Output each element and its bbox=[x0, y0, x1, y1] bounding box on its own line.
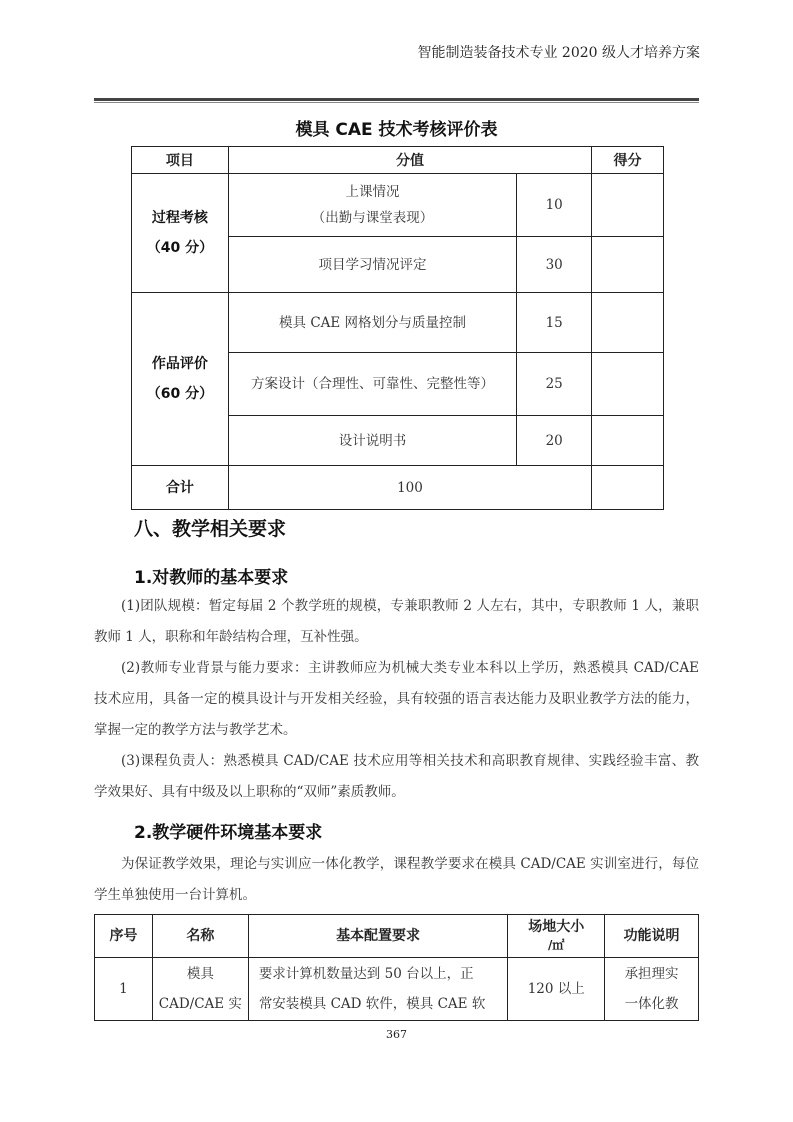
col-header-name: 名称 bbox=[152, 915, 248, 958]
item-name: 项目学习情况评定 bbox=[228, 237, 516, 293]
area-header-unit: /㎡ bbox=[508, 936, 604, 954]
item-earned[interactable] bbox=[592, 237, 664, 293]
item-name-cell: 上课情况 （出勤与课堂表现） bbox=[228, 174, 516, 237]
row-function-line: 承担理实 bbox=[605, 959, 698, 989]
row-function-line: 一体化教 bbox=[605, 989, 698, 1019]
col-header-score: 分值 bbox=[228, 147, 591, 174]
item-name: 上课情况 bbox=[229, 179, 516, 205]
col-header-no: 序号 bbox=[95, 915, 153, 958]
row-name: 模具 CAD/CAE 实 bbox=[152, 958, 248, 1021]
item-earned[interactable] bbox=[592, 416, 664, 466]
row-area: 120 以上 bbox=[508, 958, 605, 1021]
eval-table-title: 模具 CAE 技术考核评价表 bbox=[94, 115, 699, 140]
item-score: 10 bbox=[517, 174, 592, 237]
col-header-function: 功能说明 bbox=[605, 915, 699, 958]
total-label: 合计 bbox=[132, 466, 229, 510]
header-rule-thin bbox=[94, 102, 699, 103]
table-row: 过程考核 （40 分） 上课情况 （出勤与课堂表现） 10 bbox=[132, 174, 664, 237]
section-heading: 八、教学相关要求 bbox=[134, 514, 286, 541]
running-header: 智能制造装备技术专业 2020 级人才培养方案 bbox=[0, 42, 700, 62]
item-earned[interactable] bbox=[592, 174, 664, 237]
row-config-line: 要求计算机数量达到 50 台以上，正 bbox=[259, 959, 508, 989]
row-config-line: 常安装模具 CAD 软件，模具 CAE 软 bbox=[259, 989, 508, 1019]
category-weight: （40 分） bbox=[132, 233, 228, 263]
item-earned[interactable] bbox=[592, 353, 664, 416]
table-header-row: 序号 名称 基本配置要求 场地大小 /㎡ 功能说明 bbox=[95, 915, 699, 958]
item-earned[interactable] bbox=[592, 293, 664, 353]
item-name-detail: （出勤与课堂表现） bbox=[229, 205, 516, 231]
subsection-heading-teachers: 1.对教师的基本要求 bbox=[134, 563, 288, 588]
hardware-table: 序号 名称 基本配置要求 场地大小 /㎡ 功能说明 1 模具 CAD/CAE 实… bbox=[94, 914, 699, 1021]
category-label: 作品评价 bbox=[132, 349, 228, 379]
row-name-line: CAD/CAE 实 bbox=[153, 989, 248, 1019]
col-header-config: 基本配置要求 bbox=[248, 915, 508, 958]
paragraph: (2)教师专业背景与能力要求：主讲教师应为机械大类专业本科以上学历，熟悉模具 C… bbox=[94, 653, 699, 746]
category-cell: 作品评价 （60 分） bbox=[132, 293, 229, 466]
row-no: 1 bbox=[95, 958, 153, 1021]
row-function: 承担理实 一体化教 bbox=[605, 958, 699, 1021]
eval-table: 项目 分值 得分 过程考核 （40 分） 上课情况 （出勤与课堂表现） 10 项… bbox=[131, 146, 664, 510]
table-row: 作品评价 （60 分） 模具 CAE 网格划分与质量控制 15 bbox=[132, 293, 664, 353]
item-name: 模具 CAE 网格划分与质量控制 bbox=[228, 293, 516, 353]
header-rule-thick bbox=[94, 98, 699, 101]
row-config: 要求计算机数量达到 50 台以上，正 常安装模具 CAD 软件，模具 CAE 软 bbox=[248, 958, 508, 1021]
item-score: 15 bbox=[517, 293, 592, 353]
category-cell: 过程考核 （40 分） bbox=[132, 174, 229, 293]
col-header-earned: 得分 bbox=[592, 147, 664, 174]
item-name: 方案设计（合理性、可靠性、完整性等） bbox=[228, 353, 516, 416]
table-header-row: 项目 分值 得分 bbox=[132, 147, 664, 174]
item-name: 设计说明书 bbox=[228, 416, 516, 466]
subsection-heading-hardware: 2.教学硬件环境基本要求 bbox=[134, 818, 322, 843]
paragraph: (3)课程负责人：熟悉模具 CAD/CAE 技术应用等相关技术和高职教育规律、实… bbox=[94, 746, 699, 808]
col-header-item: 项目 bbox=[132, 147, 229, 174]
item-score: 30 bbox=[517, 237, 592, 293]
page-number: 367 bbox=[0, 1028, 793, 1041]
total-value: 100 bbox=[228, 466, 591, 510]
total-earned[interactable] bbox=[592, 466, 664, 510]
category-weight: （60 分） bbox=[132, 379, 228, 409]
row-name-line: 模具 bbox=[153, 959, 248, 989]
col-header-area: 场地大小 /㎡ bbox=[508, 915, 605, 958]
item-score: 20 bbox=[517, 416, 592, 466]
paragraph: (1)团队规模：暂定每届 2 个教学班的规模，专兼职教师 2 人左右，其中，专职… bbox=[94, 591, 699, 653]
table-row: 1 模具 CAD/CAE 实 要求计算机数量达到 50 台以上，正 常安装模具 … bbox=[95, 958, 699, 1021]
paragraph: 为保证教学效果，理论与实训应一体化教学，课程教学要求在模具 CAD/CAE 实训… bbox=[94, 849, 699, 911]
total-row: 合计 100 bbox=[132, 466, 664, 510]
category-label: 过程考核 bbox=[132, 203, 228, 233]
item-score: 25 bbox=[517, 353, 592, 416]
area-header-label: 场地大小 bbox=[508, 918, 604, 936]
